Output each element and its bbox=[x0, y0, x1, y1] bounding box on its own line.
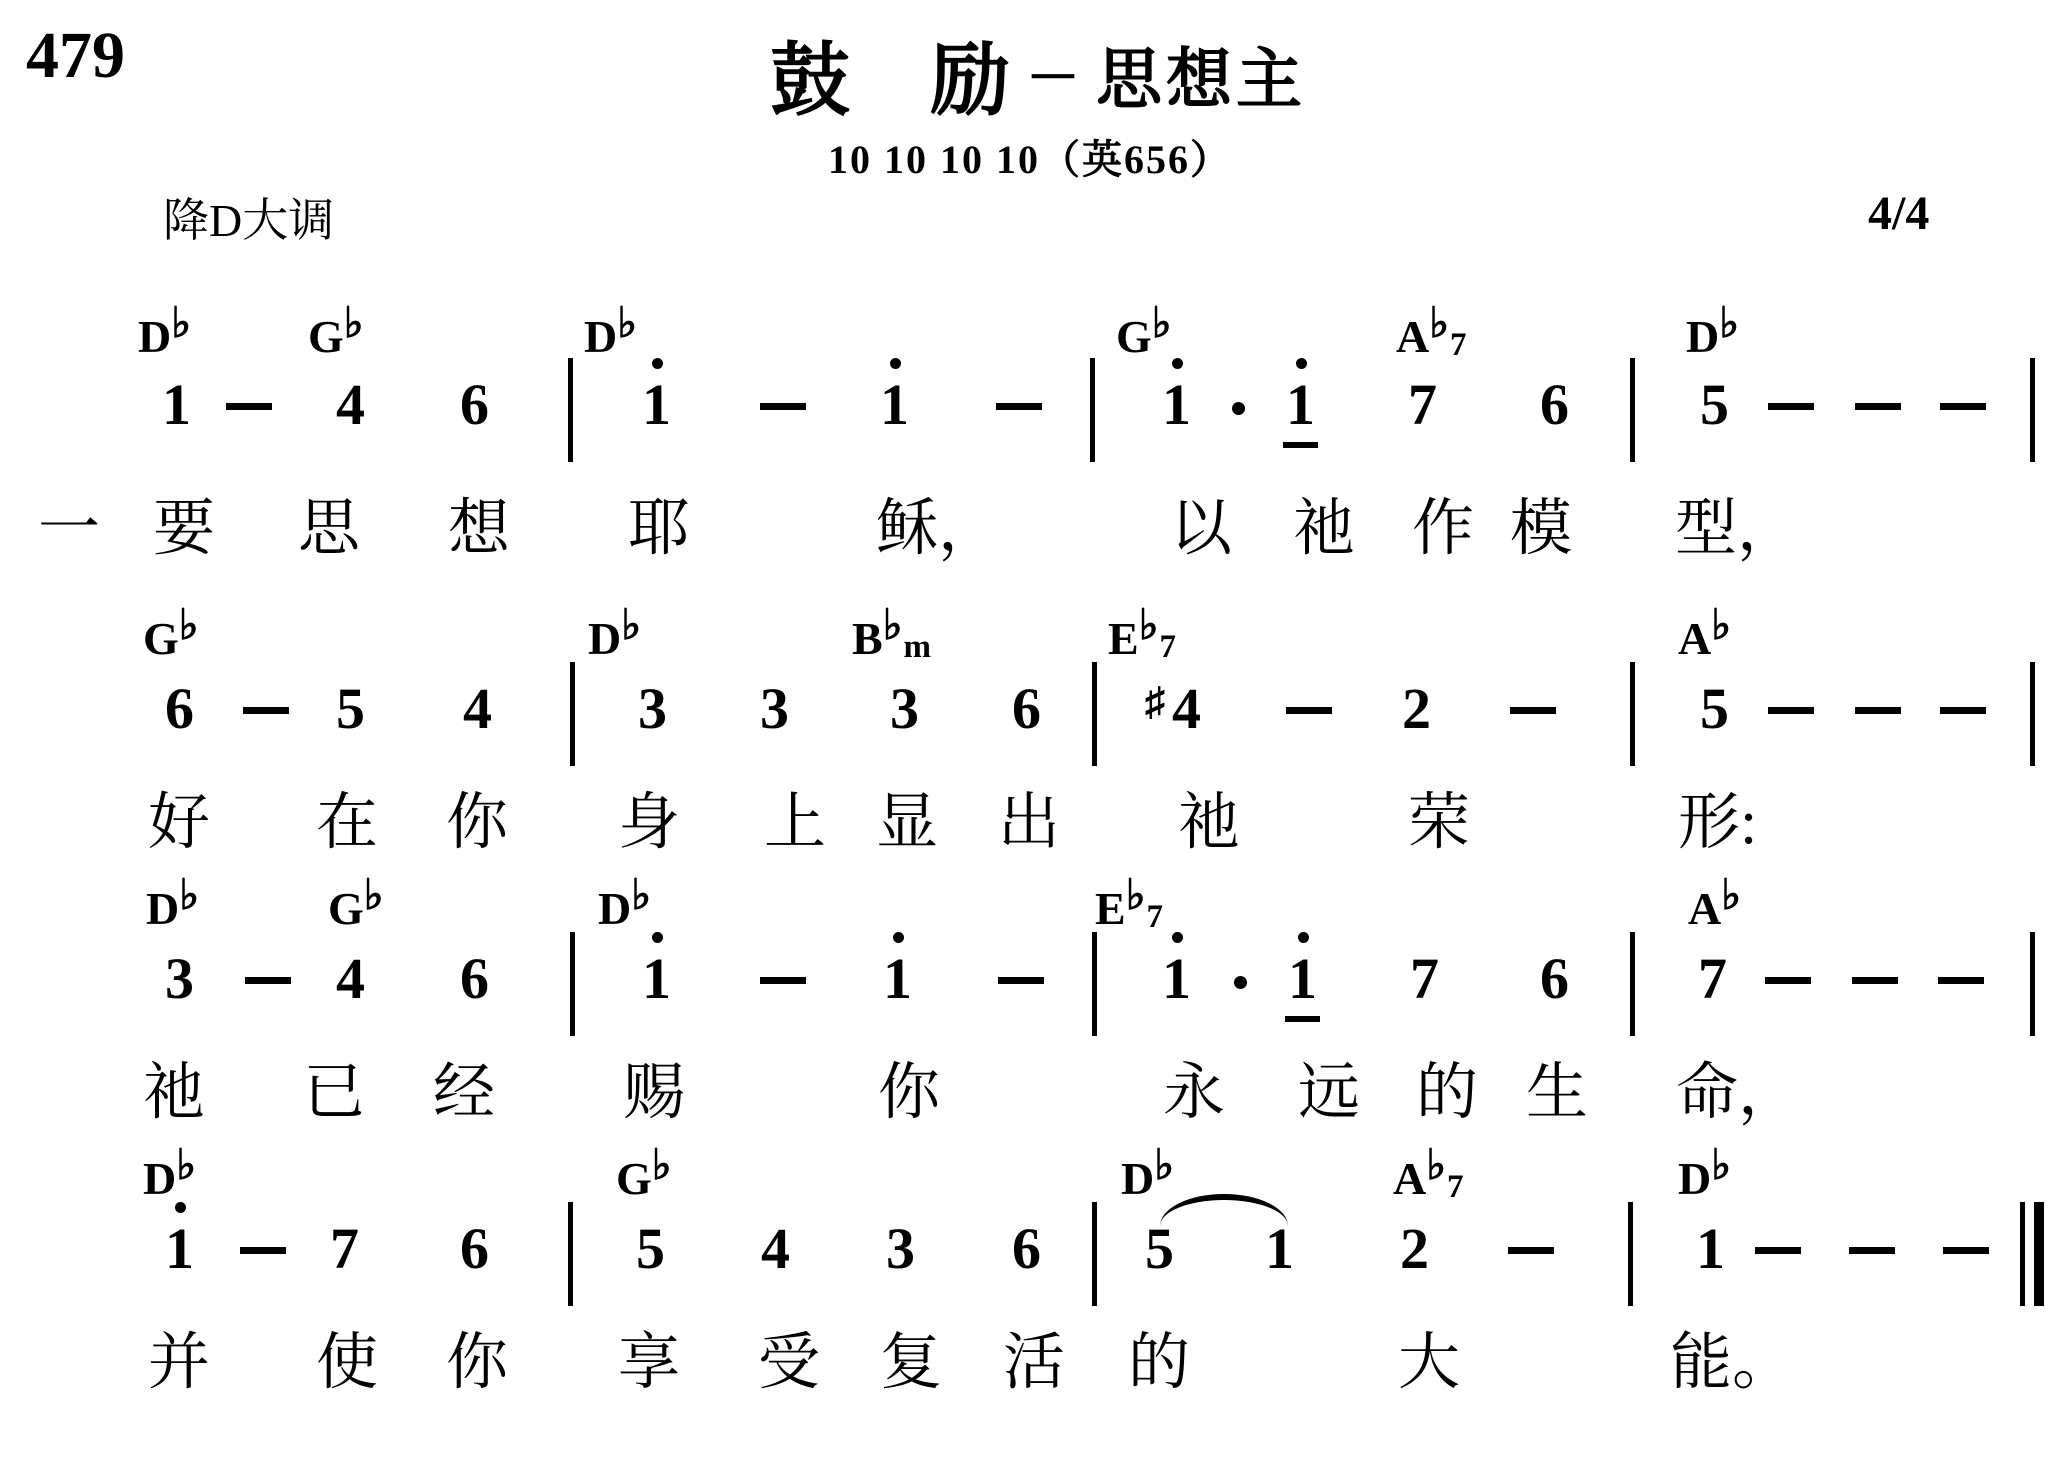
lyric-char: 祂 bbox=[143, 1058, 205, 1128]
note: 1 bbox=[1162, 948, 1191, 1010]
octave-dot bbox=[175, 1202, 186, 1213]
note-row-1: 1461111765 bbox=[0, 374, 2060, 444]
chord-symbol: G♭ bbox=[143, 612, 199, 665]
flat-sign: ♭ bbox=[1152, 301, 1172, 347]
note-digit: 1 bbox=[1696, 1218, 1725, 1280]
chord-symbol: A♭7 bbox=[1393, 1152, 1464, 1205]
chord-root: D bbox=[1121, 1153, 1154, 1204]
chord-root: A bbox=[1688, 883, 1721, 934]
chord-root: A bbox=[1396, 311, 1429, 362]
note: 7 bbox=[330, 1218, 359, 1280]
note-digit: 7 bbox=[1698, 948, 1727, 1010]
chord-root: G bbox=[328, 883, 364, 934]
note: 1 bbox=[162, 374, 191, 436]
note: 1 bbox=[883, 948, 912, 1010]
sustain-dash bbox=[245, 977, 291, 984]
lyric-char: 祂 bbox=[1293, 494, 1355, 564]
octave-dot bbox=[1172, 358, 1183, 369]
flat-sign: ♭ bbox=[631, 873, 651, 919]
note-digit: 7 bbox=[330, 1218, 359, 1280]
note: 2 bbox=[1400, 1218, 1429, 1280]
key-signature: 降D大调 bbox=[163, 184, 334, 250]
chord-row-1: D♭G♭D♭G♭A♭7D♭ bbox=[0, 310, 2060, 376]
note-digit: 3 bbox=[760, 678, 789, 740]
note-row-3: 3461111767 bbox=[0, 948, 2060, 1018]
lyric-char: 上 bbox=[764, 788, 826, 858]
note-digit: 6 bbox=[1540, 948, 1569, 1010]
note-digit: 3 bbox=[890, 678, 919, 740]
note: 4 bbox=[336, 374, 365, 436]
note: 3 bbox=[165, 948, 194, 1010]
barline bbox=[1092, 1202, 1097, 1306]
chord-symbol: D♭ bbox=[588, 612, 641, 665]
lyric-char: 你 bbox=[878, 1058, 940, 1128]
flat-sign: ♭ bbox=[1154, 1143, 1174, 1189]
flat-sign: ♭ bbox=[1429, 301, 1449, 347]
barline bbox=[568, 358, 573, 462]
flat-sign: ♭ bbox=[364, 873, 384, 919]
note: 6 bbox=[1540, 948, 1569, 1010]
flat-sign: ♭ bbox=[883, 603, 903, 649]
flat-sign: ♭ bbox=[1139, 603, 1159, 649]
lyric-char: 形: bbox=[1678, 788, 1757, 858]
note-digit: 3 bbox=[165, 948, 194, 1010]
sustain-dash bbox=[1855, 707, 1901, 714]
note: 1 bbox=[1265, 1218, 1294, 1280]
note: 3 bbox=[886, 1218, 915, 1280]
flat-sign: ♭ bbox=[1126, 873, 1146, 919]
note-digit: 3 bbox=[638, 678, 667, 740]
note-digit: 1 bbox=[642, 948, 671, 1010]
note-digit: 6 bbox=[1012, 678, 1041, 740]
chord-symbol: D♭ bbox=[584, 310, 637, 363]
note-digit: 6 bbox=[165, 678, 194, 740]
lyric-char: 出 bbox=[998, 788, 1060, 858]
note: 6 bbox=[1540, 374, 1569, 436]
lyric-row-1: 一要思想耶稣，以祂作模型， bbox=[0, 494, 2060, 570]
note-digit: 1 bbox=[1286, 374, 1315, 436]
note: 1 bbox=[1696, 1218, 1725, 1280]
flat-sign: ♭ bbox=[652, 1143, 672, 1189]
note: 6 bbox=[1012, 1218, 1041, 1280]
sustain-dash bbox=[760, 403, 806, 410]
sharp-sign: ♯ bbox=[1145, 678, 1165, 725]
note: ♯4 bbox=[1172, 678, 1201, 740]
chord-symbol: D♭ bbox=[143, 1152, 196, 1205]
note-digit: 2 bbox=[1402, 678, 1431, 740]
lyric-char: 经 bbox=[433, 1058, 495, 1128]
lyric-char: 生 bbox=[1526, 1058, 1588, 1128]
sustain-dash bbox=[240, 1247, 286, 1254]
note: 1 bbox=[1288, 948, 1317, 1010]
note-digit: 4 bbox=[336, 948, 365, 1010]
lyric-char: 型， bbox=[1675, 494, 1799, 564]
flat-sign: ♭ bbox=[1711, 1143, 1731, 1189]
chord-root: B bbox=[852, 613, 883, 664]
chord-symbol: D♭ bbox=[1121, 1152, 1174, 1205]
note-digit: 5 bbox=[1700, 374, 1729, 436]
lyric-char: 享 bbox=[618, 1328, 680, 1398]
chord-row-4: D♭G♭D♭A♭7D♭ bbox=[0, 1152, 2060, 1218]
note-digit: 4 bbox=[336, 374, 365, 436]
note-digit: 4 bbox=[463, 678, 492, 740]
lyric-char: 稣， bbox=[876, 494, 1000, 564]
eighth-underline bbox=[1285, 1016, 1320, 1022]
final-bar-thick bbox=[2034, 1202, 2044, 1306]
barline bbox=[1630, 932, 1635, 1036]
chord-root: E bbox=[1108, 613, 1139, 664]
note-digit: 6 bbox=[1012, 1218, 1041, 1280]
sustain-dash bbox=[1765, 977, 1811, 984]
note: 1 bbox=[642, 948, 671, 1010]
barline bbox=[1630, 358, 1635, 462]
chord-symbol: D♭ bbox=[598, 882, 651, 935]
note-digit: 1 bbox=[1162, 948, 1191, 1010]
lyric-char: 想 bbox=[448, 494, 510, 564]
sustain-dash bbox=[1755, 1247, 1801, 1254]
note: 3 bbox=[890, 678, 919, 740]
sustain-dash bbox=[1768, 403, 1814, 410]
octave-dot bbox=[1172, 932, 1183, 943]
note: 3 bbox=[760, 678, 789, 740]
flat-sign: ♭ bbox=[1719, 301, 1739, 347]
lyric-char: 赐 bbox=[623, 1058, 685, 1128]
note: 4 bbox=[463, 678, 492, 740]
lyric-char: 受 bbox=[758, 1328, 820, 1398]
note: 5 bbox=[1700, 374, 1729, 436]
lyric-char: 身 bbox=[618, 788, 680, 858]
chord-suffix: 7 bbox=[1160, 629, 1177, 665]
final-bar-thin bbox=[2020, 1202, 2025, 1306]
flat-sign: ♭ bbox=[179, 603, 199, 649]
chord-root: A bbox=[1678, 613, 1711, 664]
chord-row-2: G♭D♭B♭mE♭7A♭ bbox=[0, 612, 2060, 678]
note-digit: 6 bbox=[460, 1218, 489, 1280]
verse-number: 一 bbox=[38, 494, 100, 564]
chord-root: D bbox=[1678, 1153, 1711, 1204]
chord-root: D bbox=[143, 1153, 176, 1204]
sustain-dash bbox=[1943, 1247, 1989, 1254]
note-digit: 6 bbox=[1540, 374, 1569, 436]
note: 1 bbox=[642, 374, 671, 436]
note: 2 bbox=[1402, 678, 1431, 740]
lyric-char: 你 bbox=[446, 1328, 508, 1398]
chord-symbol: A♭ bbox=[1688, 882, 1741, 935]
chord-root: G bbox=[308, 311, 344, 362]
note-digit: 1 bbox=[883, 948, 912, 1010]
lyric-char: 思 bbox=[298, 494, 360, 564]
chord-root: A bbox=[1393, 1153, 1426, 1204]
hymn-sheet-page: { "header": { "hymn_number": "479", "tit… bbox=[0, 0, 2060, 1470]
note-digit: 1 bbox=[1265, 1218, 1294, 1280]
flat-sign: ♭ bbox=[176, 1143, 196, 1189]
barline bbox=[568, 1202, 573, 1306]
lyric-char: 显 bbox=[876, 788, 938, 858]
octave-dot bbox=[652, 358, 663, 369]
lyric-char: 在 bbox=[316, 788, 378, 858]
flat-sign: ♭ bbox=[1721, 873, 1741, 919]
chord-root: D bbox=[598, 883, 631, 934]
barline bbox=[1090, 358, 1095, 462]
note: 1 bbox=[1286, 374, 1315, 436]
lyric-char: 要 bbox=[153, 494, 215, 564]
chord-symbol: E♭7 bbox=[1095, 882, 1163, 935]
barline bbox=[2030, 662, 2035, 766]
barline bbox=[2030, 358, 2035, 462]
octave-dot bbox=[652, 932, 663, 943]
octave-dot bbox=[1296, 358, 1307, 369]
lyric-char: 能。 bbox=[1670, 1328, 1794, 1398]
chord-root: G bbox=[1116, 311, 1152, 362]
chord-root: D bbox=[1686, 311, 1719, 362]
lyric-char: 永 bbox=[1163, 1058, 1225, 1128]
note: 1 bbox=[880, 374, 909, 436]
chord-root: D bbox=[588, 613, 621, 664]
final-barline bbox=[2020, 1202, 2046, 1306]
lyric-char: 并 bbox=[148, 1328, 210, 1398]
note-digit: 6 bbox=[460, 374, 489, 436]
chord-symbol: D♭ bbox=[1686, 310, 1739, 363]
chord-symbol: G♭ bbox=[616, 1152, 672, 1205]
sustain-dash bbox=[1508, 1247, 1554, 1254]
flat-sign: ♭ bbox=[621, 603, 641, 649]
note: 5 bbox=[1700, 678, 1729, 740]
note: 7 bbox=[1410, 948, 1439, 1010]
lyric-row-4: 并使你享受复活的大能。 bbox=[0, 1328, 2060, 1404]
lyric-char: 大 bbox=[1398, 1328, 1460, 1398]
note: 5 bbox=[636, 1218, 665, 1280]
octave-dot bbox=[890, 358, 901, 369]
lyric-row-3: 祂已经赐你永远的生命， bbox=[0, 1058, 2060, 1134]
lyric-char: 你 bbox=[446, 788, 508, 858]
note: 4 bbox=[761, 1218, 790, 1280]
lyric-char: 祂 bbox=[1178, 788, 1240, 858]
sustain-dash bbox=[998, 977, 1044, 984]
barline bbox=[2030, 932, 2035, 1036]
title-dash: － bbox=[1026, 35, 1080, 112]
chord-root: D bbox=[138, 311, 171, 362]
chord-suffix: 7 bbox=[1447, 1169, 1464, 1205]
chord-root: D bbox=[146, 883, 179, 934]
note-digit: 1 bbox=[1288, 948, 1317, 1010]
lyric-char: 模 bbox=[1510, 494, 1572, 564]
note: 7 bbox=[1698, 948, 1727, 1010]
sustain-dash bbox=[1855, 403, 1901, 410]
chord-symbol: D♭ bbox=[146, 882, 199, 935]
lyric-char: 作 bbox=[1412, 494, 1474, 564]
sustain-dash bbox=[1849, 1247, 1895, 1254]
note-digit: 1 bbox=[162, 374, 191, 436]
note-digit: 3 bbox=[886, 1218, 915, 1280]
octave-dot bbox=[893, 932, 904, 943]
note: 6 bbox=[165, 678, 194, 740]
flat-sign: ♭ bbox=[171, 301, 191, 347]
barline bbox=[1628, 1202, 1633, 1306]
note: 1 bbox=[165, 1218, 194, 1280]
note-digit: 5 bbox=[1145, 1218, 1174, 1280]
lyric-char: 命， bbox=[1676, 1058, 1800, 1128]
flat-sign: ♭ bbox=[344, 301, 364, 347]
lyric-char: 已 bbox=[303, 1058, 365, 1128]
chord-symbol: E♭7 bbox=[1108, 612, 1176, 665]
note: 3 bbox=[638, 678, 667, 740]
note-digit: 5 bbox=[336, 678, 365, 740]
lyric-char: 复 bbox=[880, 1328, 942, 1398]
chord-symbol: G♭ bbox=[328, 882, 384, 935]
note-digit: 5 bbox=[636, 1218, 665, 1280]
lyric-char: 远 bbox=[1298, 1058, 1360, 1128]
note: 6 bbox=[460, 374, 489, 436]
note-digit: 7 bbox=[1408, 374, 1437, 436]
barline bbox=[570, 932, 575, 1036]
note-digit: 1 bbox=[880, 374, 909, 436]
chord-symbol: D♭ bbox=[138, 310, 191, 363]
sustain-dash bbox=[760, 977, 806, 984]
chord-root: G bbox=[616, 1153, 652, 1204]
note-digit: 5 bbox=[1700, 678, 1729, 740]
note: 1 bbox=[1162, 374, 1191, 436]
lyric-char: 的 bbox=[1416, 1058, 1478, 1128]
sustain-dash bbox=[1852, 977, 1898, 984]
note: 6 bbox=[1012, 678, 1041, 740]
sustain-dash bbox=[1940, 403, 1986, 410]
lyric-char: 耶 bbox=[628, 494, 690, 564]
title-subtitle: 思想主 bbox=[1096, 26, 1306, 121]
lyric-row-2: 好在你身上显出祂荣形: bbox=[0, 788, 2060, 864]
chord-symbol: A♭7 bbox=[1396, 310, 1467, 363]
note: 4 bbox=[336, 948, 365, 1010]
note-digit: 4 bbox=[761, 1218, 790, 1280]
meter-line: 10 10 10 10（英656） bbox=[0, 128, 2060, 185]
barline bbox=[570, 662, 575, 766]
chord-suffix: 7 bbox=[1147, 899, 1164, 935]
eighth-underline bbox=[1283, 442, 1318, 448]
chord-suffix: 7 bbox=[1450, 327, 1467, 363]
augmentation-dot bbox=[1232, 402, 1245, 415]
time-signature: 4/4 bbox=[1868, 186, 1929, 241]
chord-root: E bbox=[1095, 883, 1126, 934]
lyric-char: 活 bbox=[1003, 1328, 1065, 1398]
note-row-4: 17654365121 bbox=[0, 1218, 2060, 1288]
note-digit: 1 bbox=[165, 1218, 194, 1280]
chord-symbol: B♭m bbox=[852, 612, 931, 665]
chord-symbol: G♭ bbox=[308, 310, 364, 363]
note-digit: 7 bbox=[1410, 948, 1439, 1010]
barline bbox=[1092, 662, 1097, 766]
chord-symbol: A♭ bbox=[1678, 612, 1731, 665]
sustain-dash bbox=[1940, 707, 1986, 714]
note-digit: 1 bbox=[1162, 374, 1191, 436]
chord-suffix: m bbox=[904, 629, 932, 665]
sustain-dash bbox=[243, 707, 289, 714]
lyric-char: 的 bbox=[1128, 1328, 1190, 1398]
octave-dot bbox=[1298, 932, 1309, 943]
note-digit: 4 bbox=[1172, 678, 1201, 740]
note-row-2: 6543336♯425 bbox=[0, 678, 2060, 748]
title: 鼓 励 － 思想主 bbox=[770, 16, 1306, 131]
sustain-dash bbox=[1510, 707, 1556, 714]
sustain-dash bbox=[1938, 977, 1984, 984]
sustain-dash bbox=[1768, 707, 1814, 714]
chord-root: G bbox=[143, 613, 179, 664]
note-digit: 6 bbox=[460, 948, 489, 1010]
barline bbox=[1092, 932, 1097, 1036]
sustain-dash bbox=[1286, 707, 1332, 714]
sustain-dash bbox=[226, 403, 272, 410]
lyric-char: 以 bbox=[1170, 494, 1232, 564]
lyric-char: 好 bbox=[148, 788, 210, 858]
flat-sign: ♭ bbox=[1711, 603, 1731, 649]
lyric-char: 荣 bbox=[1408, 788, 1470, 858]
chord-row-3: D♭G♭D♭E♭7A♭ bbox=[0, 882, 2060, 948]
flat-sign: ♭ bbox=[1426, 1143, 1446, 1189]
note: 5 bbox=[1145, 1218, 1174, 1280]
sustain-dash bbox=[996, 403, 1042, 410]
note-digit: 1 bbox=[642, 374, 671, 436]
chord-symbol: G♭ bbox=[1116, 310, 1172, 363]
note-digit: 2 bbox=[1400, 1218, 1429, 1280]
note: 6 bbox=[460, 1218, 489, 1280]
barline bbox=[1630, 662, 1635, 766]
flat-sign: ♭ bbox=[179, 873, 199, 919]
lyric-char: 使 bbox=[316, 1328, 378, 1398]
augmentation-dot bbox=[1234, 976, 1247, 989]
chord-root: D bbox=[584, 311, 617, 362]
note: 5 bbox=[336, 678, 365, 740]
title-main: 鼓 励 bbox=[770, 16, 1010, 131]
note: 6 bbox=[460, 948, 489, 1010]
hymn-number: 479 bbox=[26, 18, 125, 94]
note: 7 bbox=[1408, 374, 1437, 436]
chord-symbol: D♭ bbox=[1678, 1152, 1731, 1205]
flat-sign: ♭ bbox=[617, 301, 637, 347]
